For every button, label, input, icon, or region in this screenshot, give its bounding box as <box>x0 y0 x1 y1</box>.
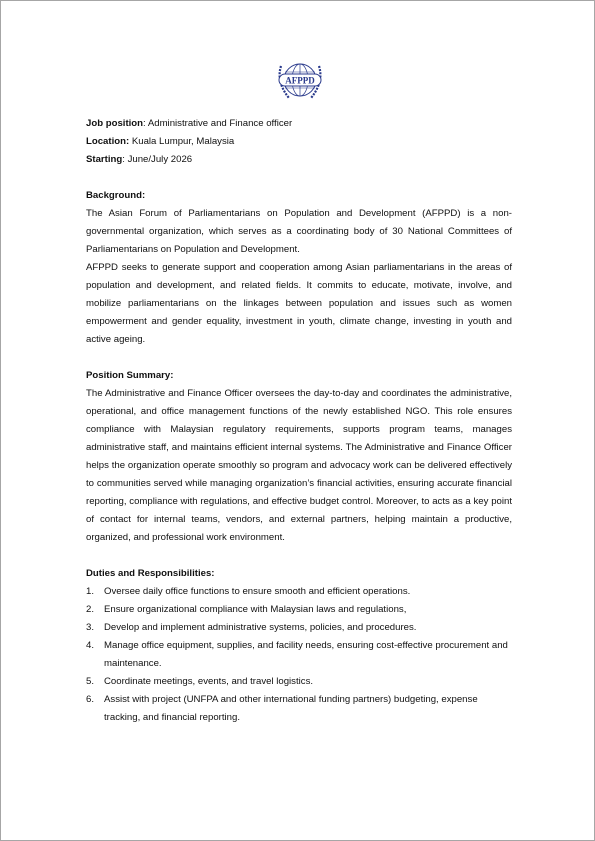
background-heading: Background: <box>86 187 512 205</box>
svg-text:AFPPD: AFPPD <box>285 76 315 86</box>
list-item: 3.Develop and implement administrative s… <box>86 619 512 637</box>
starting-date: Starting: June/July 2026 <box>86 151 512 169</box>
position-summary-heading: Position Summary: <box>86 367 512 385</box>
location: Location: Kuala Lumpur, Malaysia <box>86 133 512 151</box>
afppd-logo-icon: AFPPD <box>271 56 329 106</box>
background-paragraph-2: AFPPD seeks to generate support and coop… <box>86 259 512 349</box>
duties-heading: Duties and Responsibilities: <box>86 565 512 583</box>
list-item: 5.Coordinate meetings, events, and trave… <box>86 673 512 691</box>
list-item: 4.Manage office equipment, supplies, and… <box>86 637 512 673</box>
job-position: Job position: Administrative and Finance… <box>86 115 512 133</box>
background-paragraph-1: The Asian Forum of Parliamentarians on P… <box>86 205 512 259</box>
list-item: 6.Assist with project (UNFPA and other i… <box>86 691 512 727</box>
document-page: AFPPD Job position: Administrative and F… <box>0 0 595 841</box>
job-description: Job position: Administrative and Finance… <box>86 115 512 727</box>
list-item: 2.Ensure organizational compliance with … <box>86 601 512 619</box>
list-item: 1.Oversee daily office functions to ensu… <box>86 583 512 601</box>
duties-list: 1.Oversee daily office functions to ensu… <box>86 583 512 727</box>
position-summary-paragraph: The Administrative and Finance Officer o… <box>86 385 512 547</box>
